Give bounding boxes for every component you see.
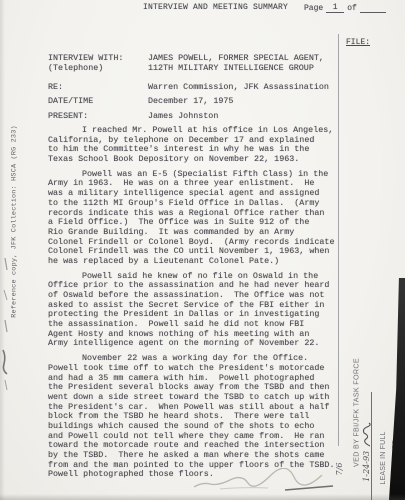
scan-dark-edge bbox=[389, 278, 405, 500]
form-label: DATE/TIME bbox=[48, 97, 148, 107]
paragraph: Powell said he knew of no file on Oswald… bbox=[48, 272, 346, 350]
paragraph: I reached Mr. Powell at his office in Lo… bbox=[48, 126, 346, 165]
page-of-label: of bbox=[347, 4, 357, 13]
document-page: INTERVIEW AND MEETING SUMMARY Page 1 of … bbox=[0, 0, 405, 500]
date-stamp-rule bbox=[371, 392, 372, 500]
interview-form: INTERVIEW WITH: (Telephone) JAMES POWELL… bbox=[48, 54, 340, 122]
summary-body: I reached Mr. Powell at his office in Lo… bbox=[48, 126, 346, 485]
date-text: 1-24-93 bbox=[362, 451, 371, 482]
page-indicator: Page 1 of bbox=[304, 3, 386, 13]
scan-bottom-shade bbox=[0, 494, 405, 500]
form-value: James Johnston bbox=[148, 112, 218, 122]
document-title: INTERVIEW AND MEETING SUMMARY bbox=[143, 3, 288, 12]
form-row-re: RE: Warren Commission, JFK Assassination bbox=[48, 83, 340, 93]
page-label: Page bbox=[304, 4, 323, 13]
form-row-datetime: DATE/TIME December 17, 1975 bbox=[48, 97, 340, 107]
pencil-scribble bbox=[190, 468, 340, 496]
form-row-present: PRESENT: James Johnston bbox=[48, 112, 340, 122]
form-label: RE: bbox=[48, 83, 148, 93]
form-value: Warren Commission, JFK Assassination bbox=[148, 83, 329, 93]
handwritten-mark: 7/6 bbox=[335, 458, 347, 480]
paragraph: November 22 was a working day for the Of… bbox=[48, 354, 346, 480]
page-number: 1 bbox=[326, 3, 344, 13]
form-value: December 17, 1975 bbox=[148, 97, 233, 107]
form-label: INTERVIEW WITH: (Telephone) bbox=[48, 54, 148, 73]
release-in-full-stamp: LEASE IN FULL bbox=[380, 418, 390, 498]
form-value: JAMES POWELL, FORMER SPECIAL AGENT, 112T… bbox=[148, 54, 324, 73]
form-label: PRESENT: bbox=[48, 112, 148, 122]
paragraph: Powell was an E-5 (Specialist Fifth Clas… bbox=[48, 170, 346, 267]
scan-left-shade bbox=[0, 0, 5, 500]
page-total-blank bbox=[360, 3, 386, 13]
form-row-interview-with: INTERVIEW WITH: (Telephone) JAMES POWELL… bbox=[48, 54, 340, 73]
file-label: FILE: bbox=[346, 38, 370, 47]
